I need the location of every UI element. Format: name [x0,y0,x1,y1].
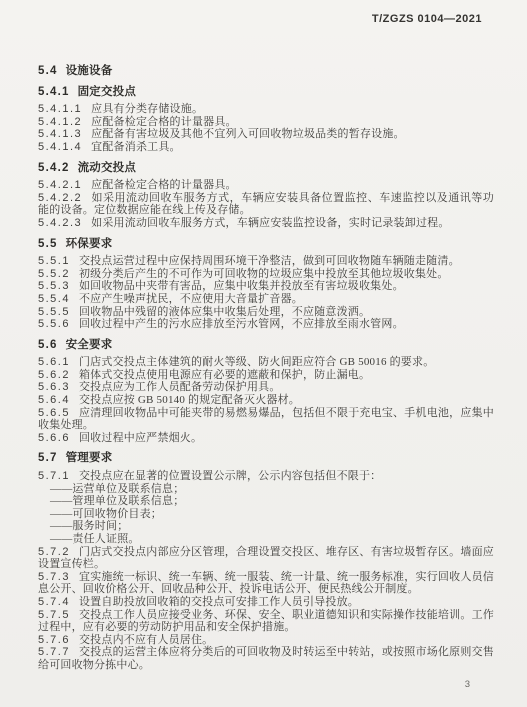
clause-text: 回收过程中产生的污水应排放至污水管网，不应排放至雨水管网。 [79,318,404,330]
clause-text: 应配备检定合格的计量器具。 [91,116,237,128]
clause-number: 5.4.1.3 [38,128,82,140]
clause-text: 如采用流动回收车服务方式，车辆应安装具备位置监控、车速监控以及通讯等功能的设备。… [38,192,494,217]
clause-text: 门店式交投点主体建筑的耐火等级、防火间距应符合 GB 50016 的要求。 [79,356,434,368]
clause-number: 5.6.3 [38,381,70,393]
clause: 5.6.4交投点应按 GB 50140 的规定配备灭火器材。 [38,394,494,407]
clause-number: 5.5.4 [38,293,70,305]
clause: 5.6.2箱体式交投点使用电源应有必要的遮蔽和保护，防止漏电。 [38,369,494,382]
clause: 5.4.1.3应配备有害垃圾及其他不宜列入可回收物垃圾品类的暂存设施。 [38,128,494,141]
clause-number: 5.7.1 [38,470,70,482]
clause-number: 5.4.1.2 [38,116,82,128]
clause-number: 5.7.6 [38,634,70,646]
dash-list-item: ——管理单位及联系信息； [38,495,494,508]
clause: 5.5.6回收过程中产生的污水应排放至污水管网，不应排放至雨水管网。 [38,318,494,331]
clause: 5.4.1.2应配备检定合格的计量器具。 [38,116,494,129]
clause-text: 交投点工作人员应接受业务、环保、安全、职业道德知识和实际操作技能培训。工作过程中… [38,609,494,634]
clause: 5.7.3宜实施统一标识、统一车辆、统一服装、统一计量、统一服务标准，实行回收人… [38,571,494,596]
document-body: 5.4设施设备5.4.1固定交投点5.4.1.1应具有分类存储设施。5.4.1.… [38,57,494,672]
section-number: 5.6 [38,339,58,351]
clause-text: 应具有分类存储设施。 [91,103,203,115]
document-page: T/ZGZS 0104—2021 5.4设施设备5.4.1固定交投点5.4.1.… [0,0,527,707]
clause-text: 交投点内不应有人员居住。 [79,634,213,646]
dash-item-text: ——服务时间； [50,520,128,532]
section-title: 设施设备 [66,65,113,77]
clause-number: 5.5.2 [38,268,70,280]
clause-text: 交投点应按 GB 50140 的规定配备灭火器材。 [79,394,300,406]
section-number: 5.5 [38,238,58,250]
clause-text: 回收物品中残留的液体应集中收集后处理，不应随意泼洒。 [79,306,370,318]
section-heading: 5.4.2流动交投点 [38,162,494,175]
clause: 5.7.7交投点的运营主体应将分类后的可回收物及时转运至中转站，或按照市场化原则… [38,646,494,671]
clause: 5.7.6交投点内不应有人员居住。 [38,634,494,647]
section-title: 固定交投点 [78,86,137,98]
clause: 5.6.1门店式交投点主体建筑的耐火等级、防火间距应符合 GB 50016 的要… [38,356,494,369]
clause-text: 设置自助投放回收箱的交投点可安排工作人员引导投放。 [79,596,359,608]
section-heading: 5.4.1固定交投点 [38,86,494,99]
clause: 5.4.1.1应具有分类存储设施。 [38,103,494,116]
clause-number: 5.5.3 [38,280,70,292]
clause-text: 箱体式交投点使用电源应有必要的遮蔽和保护，防止漏电。 [79,369,370,381]
clause-number: 5.4.1.4 [38,141,82,153]
clause-text: 交投点运营过程中应保持周围环境干净整洁，做到可回收物随车辆随走随清。 [79,255,460,267]
dash-item-text: ——运营单位及联系信息； [50,483,184,495]
clause-text: 门店式交投点内部应分区管理，合理设置交投区、堆存区、有害垃圾暂存区。墙面应设置宣… [38,546,494,571]
clause-number: 5.6.4 [38,394,70,406]
clause-text: 应清理回收物品中可能夹带的易燃易爆品，包括但不限于充电宝、手机电池，应集中收集处… [38,407,494,432]
section-number: 5.7 [38,452,58,464]
clause: 5.7.4设置自助投放回收箱的交投点可安排工作人员引导投放。 [38,596,494,609]
page-number: 3 [465,679,470,690]
clause: 5.6.6回收过程中应严禁烟火。 [38,432,494,445]
clause-text: 不应产生噪声扰民，不应使用大音量扩音器。 [79,293,303,305]
clause-number: 5.7.4 [38,596,70,608]
dash-list-item: ——服务时间； [38,520,494,533]
clause-text: 如采用流动回收车服务方式，车辆应安装监控设备，实时记录装卸过程。 [91,217,449,229]
clause-number: 5.7.3 [38,571,70,583]
clause-text: 宜配备消杀工具。 [91,141,181,153]
clause-number: 5.4.2.2 [38,192,82,204]
clause-number: 5.4.2.3 [38,217,82,229]
section-heading: 5.5环保要求 [38,238,494,251]
section-number: 5.4.1 [38,86,70,98]
section-title: 安全要求 [66,339,113,351]
clause: 5.4.2.2如采用流动回收车服务方式，车辆应安装具备位置监控、车速监控以及通讯… [38,192,494,217]
clause-text: 如回收物品中夹带有害品，应集中收集并投放至有害垃圾收集处。 [79,280,404,292]
section-heading: 5.4设施设备 [38,65,494,78]
clause: 5.6.3交投点应为工作人员配备劳动保护用具。 [38,381,494,394]
clause-number: 5.6.1 [38,356,70,368]
clause-number: 5.6.5 [38,407,70,419]
clause-number: 5.5.6 [38,318,70,330]
clause-text: 应配备检定合格的计量器具。 [91,179,237,191]
clause-number: 5.6.2 [38,369,70,381]
clause: 5.7.1交投点应在显著的位置设置公示牌，公示内容包括但不限于： [38,470,494,483]
clause: 5.4.1.4宜配备消杀工具。 [38,141,494,154]
dash-item-text: ——管理单位及联系信息； [50,495,184,507]
section-title: 环保要求 [66,238,113,250]
clause-text: 交投点应在显著的位置设置公示牌，公示内容包括但不限于： [79,470,381,482]
section-heading: 5.6安全要求 [38,339,494,352]
clause: 5.5.4不应产生噪声扰民，不应使用大音量扩音器。 [38,293,494,306]
clause-text: 交投点的运营主体应将分类后的可回收物及时转运至中转站，或按照市场化原则交售给可回… [38,646,494,671]
clause-text: 初级分类后产生的不可作为可回收物的垃圾应集中投放至其他垃圾收集处。 [79,268,449,280]
clause-number: 5.5.5 [38,306,70,318]
dash-list-item: ——责任人证照。 [38,533,494,546]
clause: 5.4.2.3如采用流动回收车服务方式，车辆应安装监控设备，实时记录装卸过程。 [38,217,494,230]
dash-list-item: ——可回收物价目表； [38,508,494,521]
dash-item-text: ——责任人证照。 [50,533,140,545]
clause-number: 5.6.6 [38,432,70,444]
page-footer: 3 [465,679,470,690]
section-number: 5.4.2 [38,162,70,174]
clause: 5.5.5回收物品中残留的液体应集中收集后处理，不应随意泼洒。 [38,306,494,319]
section-number: 5.4 [38,65,58,77]
standard-number: T/ZGZS 0104—2021 [372,13,482,25]
clause-number: 5.7.5 [38,609,70,621]
document-header: T/ZGZS 0104—2021 [372,13,482,25]
clause: 5.5.3如回收物品中夹带有害品，应集中收集并投放至有害垃圾收集处。 [38,280,494,293]
clause: 5.5.2初级分类后产生的不可作为可回收物的垃圾应集中投放至其他垃圾收集处。 [38,268,494,281]
clause-number: 5.5.1 [38,255,70,267]
clause: 5.6.5应清理回收物品中可能夹带的易燃易爆品，包括但不限于充电宝、手机电池，应… [38,407,494,432]
section-title: 流动交投点 [78,162,137,174]
clause-text: 回收过程中应严禁烟火。 [79,432,202,444]
clause-number: 5.4.2.1 [38,179,82,191]
section-title: 管理要求 [66,452,113,464]
clause: 5.5.1交投点运营过程中应保持周围环境干净整洁，做到可回收物随车辆随走随清。 [38,255,494,268]
dash-list-item: ——运营单位及联系信息； [38,483,494,496]
clause-number: 5.7.7 [38,646,70,658]
clause: 5.4.2.1应配备检定合格的计量器具。 [38,179,494,192]
clause: 5.7.5交投点工作人员应接受业务、环保、安全、职业道德知识和实际操作技能培训。… [38,609,494,634]
clause-text: 交投点应为工作人员配备劳动保护用具。 [79,381,281,393]
clause-text: 应配备有害垃圾及其他不宜列入可回收物垃圾品类的暂存设施。 [91,128,405,140]
section-heading: 5.7管理要求 [38,452,494,465]
dash-item-text: ——可回收物价目表； [50,508,162,520]
clause-number: 5.7.2 [38,546,70,558]
clause-text: 宜实施统一标识、统一车辆、统一服装、统一计量、统一服务标准，实行回收人员信息公开… [38,571,494,596]
clause: 5.7.2门店式交投点内部应分区管理，合理设置交投区、堆存区、有害垃圾暂存区。墙… [38,546,494,571]
clause-number: 5.4.1.1 [38,103,82,115]
